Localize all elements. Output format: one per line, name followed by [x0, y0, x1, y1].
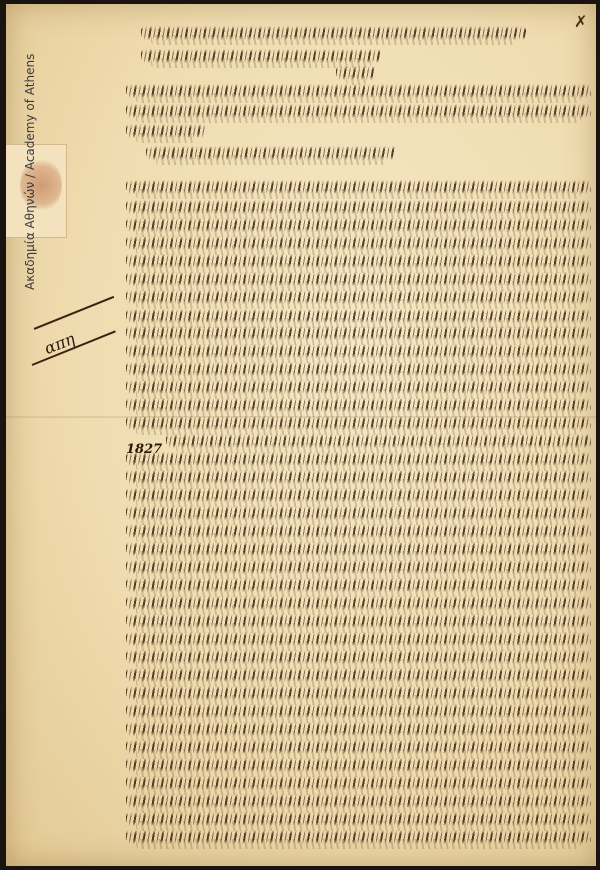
- archive-watermark: Ακαδημία Αθηνών / Academy of Athens: [23, 54, 37, 290]
- manuscript-line: [126, 650, 591, 664]
- manuscript-line: [126, 524, 591, 538]
- manuscript-line: [126, 218, 591, 232]
- margin-annotation: απη: [20, 304, 110, 382]
- handwriting-ink: [126, 704, 591, 718]
- handwriting-ink: [126, 758, 591, 772]
- manuscript-line: [126, 452, 591, 466]
- manuscript-line: [126, 488, 591, 502]
- handwriting-ink: [126, 506, 591, 520]
- handwriting-ink: [126, 326, 591, 340]
- handwriting-ink: [126, 236, 591, 250]
- handwriting-ink: [126, 254, 591, 268]
- handwriting-ink: [126, 180, 591, 194]
- manuscript-line: [126, 686, 591, 700]
- manuscript-line: [126, 104, 591, 118]
- handwriting-ink: [126, 344, 591, 358]
- handwriting-ink: [141, 49, 381, 63]
- manuscript-line: [126, 578, 591, 592]
- manuscript-line: [126, 560, 591, 574]
- manuscript-line: [126, 344, 591, 358]
- handwriting-ink: [126, 614, 591, 628]
- manuscript-line: [126, 84, 591, 98]
- handwriting-ink: [126, 740, 591, 754]
- manuscript-line: [126, 200, 591, 214]
- handwriting-ink: [126, 650, 591, 664]
- manuscript-line: [126, 290, 591, 304]
- manuscript-line: [126, 722, 591, 736]
- manuscript-line: [166, 434, 591, 448]
- handwriting-ink: [126, 668, 591, 682]
- handwriting-ink: [336, 66, 376, 80]
- handwriting-ink: [126, 416, 591, 430]
- manuscript-line: [126, 794, 591, 808]
- underline-stroke: [34, 296, 114, 330]
- handwriting-ink: [126, 362, 591, 376]
- manuscript-line: [126, 180, 591, 194]
- handwriting-ink: [126, 398, 591, 412]
- manuscript-line: [141, 49, 381, 63]
- manuscript-line: [126, 326, 591, 340]
- manuscript-line: [126, 758, 591, 772]
- manuscript-line: [126, 596, 591, 610]
- handwriting-ink: [126, 124, 206, 138]
- handwriting-ink: [126, 722, 591, 736]
- handwriting-ink: [126, 452, 591, 466]
- handwriting-ink: [126, 560, 591, 574]
- handwriting-ink: [126, 542, 591, 556]
- manuscript-line: [126, 124, 206, 138]
- manuscript-line: [126, 416, 591, 430]
- manuscript-line: [126, 236, 591, 250]
- manuscript-line: [126, 309, 591, 323]
- handwriting-ink: [126, 632, 591, 646]
- handwriting-ink: [166, 434, 591, 448]
- manuscript-line: [126, 776, 591, 790]
- manuscript-line: [126, 614, 591, 628]
- manuscript-line: [126, 704, 591, 718]
- manuscript-line: [126, 272, 591, 286]
- manuscript-line: [126, 632, 591, 646]
- legible-year: 1827: [126, 442, 162, 457]
- manuscript-line: [126, 740, 591, 754]
- handwriting-ink: [126, 596, 591, 610]
- manuscript-line: [126, 542, 591, 556]
- corner-mark-icon: ✗: [574, 12, 587, 31]
- handwriting-ink: [126, 794, 591, 808]
- manuscript-line: [126, 506, 591, 520]
- manuscript-line: [126, 668, 591, 682]
- manuscript-line: [126, 398, 591, 412]
- manuscript-line: [336, 66, 376, 80]
- handwriting-ink: [146, 146, 396, 160]
- handwriting-ink: [126, 309, 591, 323]
- handwriting-ink: [126, 200, 591, 214]
- handwriting-ink: [126, 84, 591, 98]
- manuscript-line: [126, 254, 591, 268]
- handwriting-ink: [126, 524, 591, 538]
- manuscript-line: [126, 380, 591, 394]
- manuscript-page: ✗ απη 1827: [6, 4, 596, 866]
- manuscript-line: [146, 146, 396, 160]
- handwriting-ink: [126, 812, 591, 826]
- handwriting-ink: [126, 272, 591, 286]
- manuscript-line: [126, 470, 591, 484]
- handwriting-ink: [126, 218, 591, 232]
- handwriting-ink: [141, 26, 526, 40]
- handwriting-ink: [126, 686, 591, 700]
- handwriting-ink: [126, 470, 591, 484]
- manuscript-line: [126, 830, 591, 844]
- manuscript-line: [126, 812, 591, 826]
- handwriting-ink: [126, 578, 591, 592]
- handwriting-ink: [126, 830, 591, 844]
- handwriting-ink: [126, 380, 591, 394]
- handwriting-ink: [126, 290, 591, 304]
- manuscript-line: [141, 26, 526, 40]
- handwriting-ink: [126, 104, 591, 118]
- manuscript-line: [126, 362, 591, 376]
- handwriting-ink: [126, 488, 591, 502]
- handwriting-ink: [126, 776, 591, 790]
